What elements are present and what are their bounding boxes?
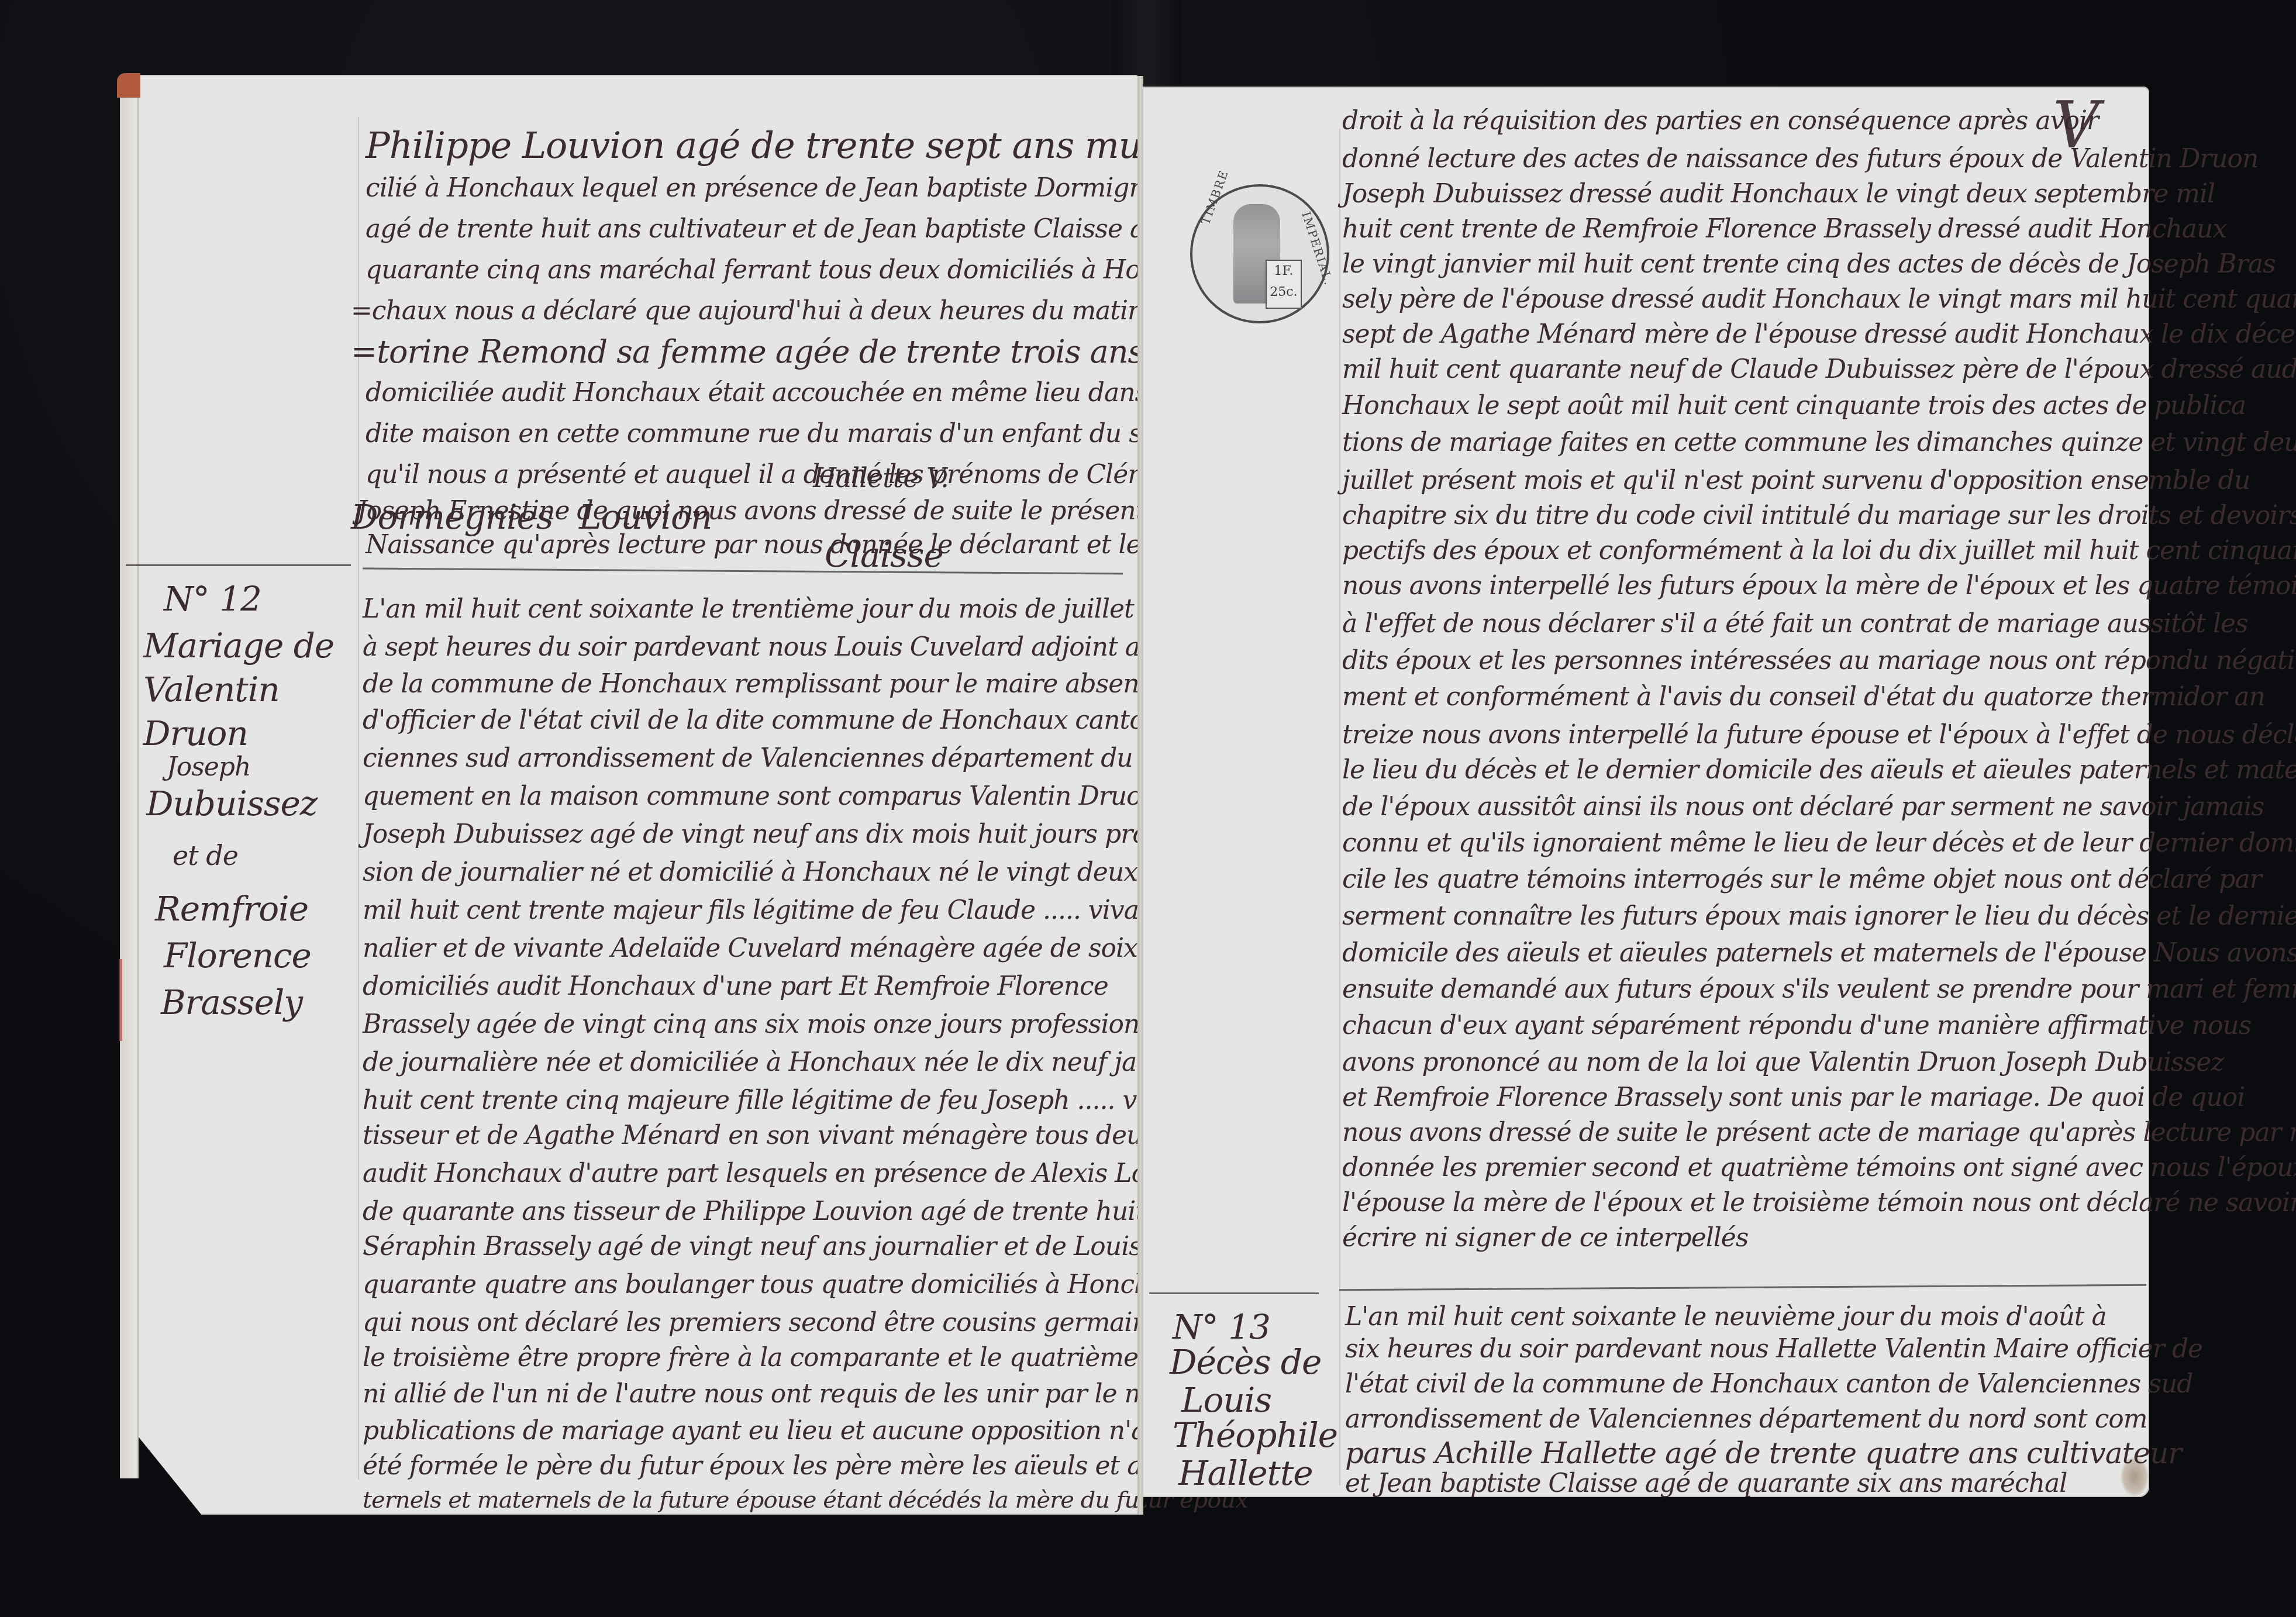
text-line: sely père de l'épouse dressé audit Honch… (1342, 287, 2296, 312)
text-line: mil huit cent quarante neuf de Claude Du… (1342, 357, 2296, 382)
left-page-stacked-edges (120, 75, 139, 1478)
timbre-imperial-stamp: TIMBRE IMPERIAL. 1F. 25c. (1190, 184, 1329, 323)
text-line: de l'époux aussitôt ainsi ils nous ont d… (1342, 794, 2264, 820)
text-line: ciennes sud arrondissement de Valencienn… (363, 746, 1270, 771)
margin-line: Florence (164, 939, 311, 973)
text-line: huit cent trente cinq majeure fille légi… (363, 1088, 1199, 1113)
text-line: de journalière née et domiciliée à Honch… (363, 1050, 1247, 1075)
text-line: avons prononcé au nom de la loi que Vale… (1342, 1050, 2224, 1075)
text-line: cile les quatre témoins interrogés sur l… (1342, 867, 2261, 892)
text-line: l'épouse la mère de l'époux et le troisi… (1342, 1190, 2296, 1216)
entry-number: N° 13 (1173, 1310, 1270, 1344)
text-line: L'an mil huit cent soixante le neuvième … (1345, 1304, 2107, 1330)
text-line: donné lecture des actes de naissance des… (1342, 146, 2258, 172)
signature-dormegnies: Dormegnies (351, 497, 553, 537)
text-line: agé de trente huit ans cultivateur et de… (366, 216, 1213, 242)
margin-line: Louis (1181, 1383, 1271, 1417)
text-line: le vingt janvier mil huit cent trente ci… (1342, 251, 2276, 277)
text-line: domiciliée audit Honchaux était accouché… (366, 380, 1183, 406)
margin-line: Brassely (161, 985, 302, 1019)
text-line: chapitre six du titre du code civil inti… (1342, 503, 2296, 529)
text-line: sept de Agathe Ménard mère de l'épouse d… (1342, 322, 2296, 347)
text-line: droit à la réquisition des parties en co… (1342, 108, 2098, 134)
text-line: et Jean baptiste Claisse agé de quarante… (1345, 1471, 2067, 1497)
text-line: à sept heures du soir pardevant nous Lou… (363, 635, 1236, 660)
margin-line: Théophile (1173, 1418, 1337, 1452)
text-line: ni allié de l'un ni de l'autre nous ont … (363, 1381, 1270, 1407)
text-line: quarante quatre ans boulanger tous quatr… (363, 1272, 1195, 1298)
text-line: tions de mariage faites en cette commune… (1342, 430, 2296, 456)
text-line: huit cent trente de Remfroie Florence Br… (1342, 216, 2226, 242)
text-line: Honchaux le sept août mil huit cent cinq… (1342, 393, 2246, 419)
text-line: le lieu du décès et le dernier domicile … (1342, 757, 2296, 783)
margin-line: Valentin (143, 673, 280, 706)
text-line: pectifs des époux et conformément à la l… (1342, 538, 2296, 564)
text-line: mil huit cent trente majeur fils légitim… (363, 898, 1222, 923)
text-line: été formée le père du futur époux les pè… (363, 1453, 1253, 1479)
text-line: et Remfroie Florence Brassely sont unis … (1342, 1085, 2245, 1111)
text-line: =chaux nous a déclaré que aujourd'hui à … (351, 298, 1190, 324)
text-line: à l'effet de nous déclarer s'il a été fa… (1342, 611, 2248, 637)
text-line: serment connaître les futurs époux mais … (1342, 904, 2296, 929)
text-line: Joseph Dubuissez agé de vingt neuf ans d… (363, 822, 1184, 847)
text-line: nous avons dressé de suite le présent ac… (1342, 1120, 2296, 1146)
stamp-value-centimes: 25c. (1267, 282, 1301, 303)
text-line: arrondissement de Valenciennes départeme… (1345, 1406, 2147, 1432)
text-line: audit Honchaux d'autre part lesquels en … (363, 1161, 1268, 1187)
text-line: donnée les premier second et quatrième t… (1342, 1155, 2296, 1181)
margin-line: Mariage de (143, 629, 334, 663)
text-line: Joseph Dubuissez dressé audit Honchaux l… (1342, 181, 2215, 207)
text-line: treize nous avons interpellé la future é… (1342, 722, 2296, 748)
stamp-value: 1F. 25c. (1266, 260, 1302, 309)
signature-hallette: Hallette V. (813, 462, 949, 494)
book-spine (1111, 0, 1181, 88)
margin-line: Druon (143, 716, 248, 750)
text-line: quarante cinq ans maréchal ferrant tous … (366, 257, 1156, 283)
margin-line: Dubuissez (146, 787, 317, 820)
red-binding-corner (117, 73, 140, 98)
right-margin-rule (1339, 129, 1340, 1485)
text-line: six heures du soir pardevant nous Hallet… (1345, 1336, 2202, 1362)
text-line: parus Achille Hallette agé de trente qua… (1345, 1439, 2181, 1468)
text-line: domicile des aïeuls et aïeules paternels… (1342, 940, 2296, 966)
text-line: dits époux et les personnes intéressées … (1342, 648, 2296, 674)
text-line: cilié à Honchaux lequel en présence de J… (366, 175, 1180, 201)
text-line: ternels et maternels de la future épouse… (363, 1488, 1248, 1512)
text-line: l'état civil de la commune de Honchaux c… (1345, 1371, 2192, 1397)
text-line: ment et conformément à l'avis du conseil… (1342, 684, 2265, 710)
text-line: qu'il nous a présenté et auquel il a don… (366, 462, 1211, 488)
text-line: Brassely agée de vingt cinq ans six mois… (363, 1012, 1139, 1037)
text-line: nous avons interpellé les futurs époux l… (1342, 573, 2296, 599)
text-line: écrire ni signer de ce interpellés (1342, 1225, 1748, 1251)
margin-line: Décès de (1170, 1345, 1321, 1379)
margin-line: Joseph (167, 754, 250, 780)
entry-number: N° 12 (164, 582, 261, 616)
margin-line: Remfroie (155, 892, 308, 926)
text-line: ensuite demandé aux futurs époux s'ils v… (1342, 977, 2296, 1002)
signature-louvion: Louvion (579, 497, 712, 537)
text-line: L'an mil huit cent soixante le trentième… (363, 597, 1134, 622)
text-line: domiciliés audit Honchaux d'une part Et … (363, 974, 1108, 999)
text-line: connu et qu'ils ignoraient même le lieu … (1342, 830, 2296, 856)
red-page-edge (119, 959, 122, 1041)
entry-separator-margin (126, 564, 351, 566)
signature-claisse: Claisse (825, 535, 943, 575)
margin-line: Hallette (1178, 1456, 1313, 1490)
margin-line: et de (173, 842, 238, 869)
text-line: nalier et de vivante Adelaïde Cuvelard m… (363, 936, 1243, 961)
text-line: chacun d'eux ayant séparément répondu d'… (1342, 1013, 2251, 1039)
text-line: publications de mariage ayant eu lieu et… (363, 1418, 1201, 1444)
stamp-value-franc: 1F. (1267, 261, 1301, 282)
text-line: juillet présent mois et qu'il n'est poin… (1342, 468, 2250, 494)
entry-separator-margin (1149, 1292, 1319, 1294)
text-line: quement en la maison commune sont compar… (363, 784, 1157, 809)
